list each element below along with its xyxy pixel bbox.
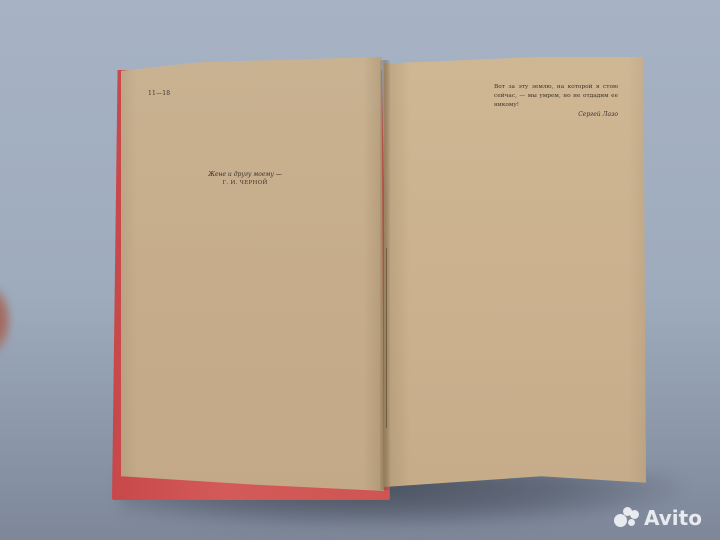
epigraph-author: Сергей Лазо bbox=[560, 111, 618, 118]
photo-scene: 11—18 Жене и другу моему — Г. И. ЧЕРНОЙ … bbox=[0, 0, 720, 540]
dedication-line-1: Жене и другу моему — bbox=[196, 170, 294, 179]
left-page bbox=[121, 57, 384, 491]
gutter-crease bbox=[386, 248, 387, 428]
book-gutter bbox=[380, 60, 390, 490]
avito-watermark: Avito bbox=[614, 503, 702, 533]
right-page bbox=[384, 57, 646, 487]
epigraph: Вот за эту землю, на которой я стою сейч… bbox=[494, 83, 618, 110]
watermark-label: Avito bbox=[644, 506, 702, 530]
signature-mark: 11—18 bbox=[148, 90, 170, 97]
dedication: Жене и другу моему — Г. И. ЧЕРНОЙ bbox=[196, 170, 294, 188]
dedication-line-2: Г. И. ЧЕРНОЙ bbox=[196, 179, 294, 188]
avito-logo-icon bbox=[614, 506, 640, 530]
finger bbox=[0, 285, 12, 355]
